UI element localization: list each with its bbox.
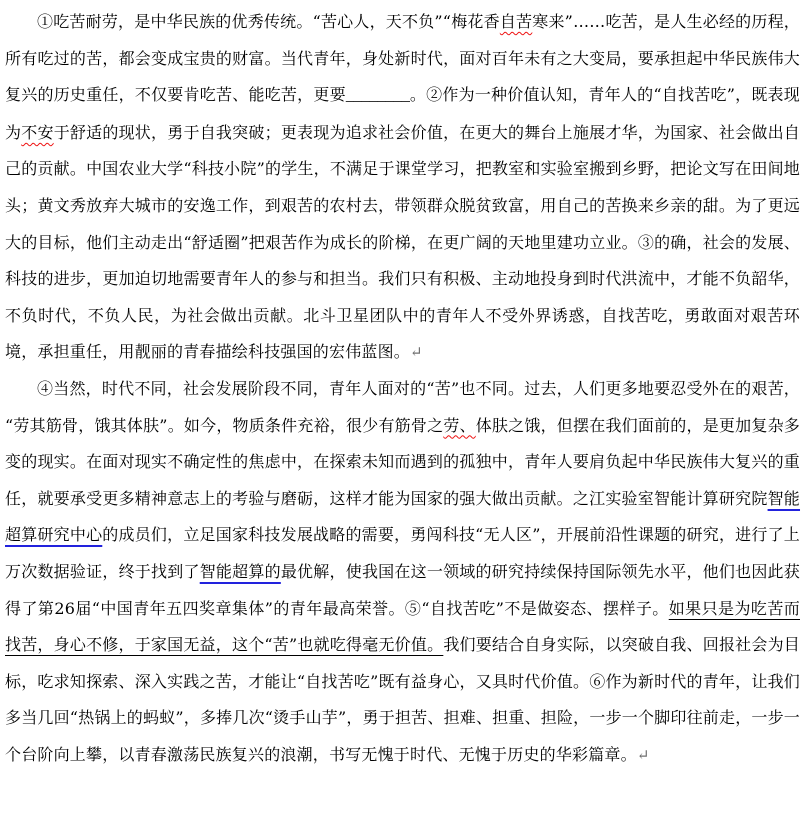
text-run: 我们要结合自身实际，以突破自我、回报社会为目标，吃求知探索、深入实践之苦，才能让… <box>5 635 800 764</box>
paragraph-mark-icon: ↵ <box>410 343 423 361</box>
paragraph-mark-icon: ↵ <box>637 746 650 764</box>
paragraph-1: ①吃苦耐劳，是中华民族的优秀传统。“苦心人，天不负”“梅花香自苦寒来”……吃苦，… <box>5 4 800 371</box>
fill-in-blank: ________ <box>346 87 410 104</box>
document-page: ①吃苦耐劳，是中华民族的优秀传统。“苦心人，天不负”“梅花香自苦寒来”……吃苦，… <box>0 0 805 821</box>
spellcheck-wavy-text: 劳、 <box>443 416 475 435</box>
text-run: ①吃苦耐劳，是中华民族的优秀传统。“苦心人，天不负”“梅花香 <box>37 12 500 31</box>
blue-underlined-text: 智能超算的 <box>200 562 281 581</box>
spellcheck-wavy-text: 自苦 <box>500 12 532 31</box>
paragraph-2: ④当然，时代不同，社会发展阶段不同，青年人面对的“苦”也不同。过去，人们更多地要… <box>5 371 800 774</box>
spellcheck-wavy-text: 不安 <box>21 123 53 142</box>
document-body[interactable]: ①吃苦耐劳，是中华民族的优秀传统。“苦心人，天不负”“梅花香自苦寒来”……吃苦，… <box>5 4 800 773</box>
text-run: 于舒适的现状，勇于自我突破；更表现为追求社会价值，在更大的舞台上施展才华，为国家… <box>5 123 800 362</box>
